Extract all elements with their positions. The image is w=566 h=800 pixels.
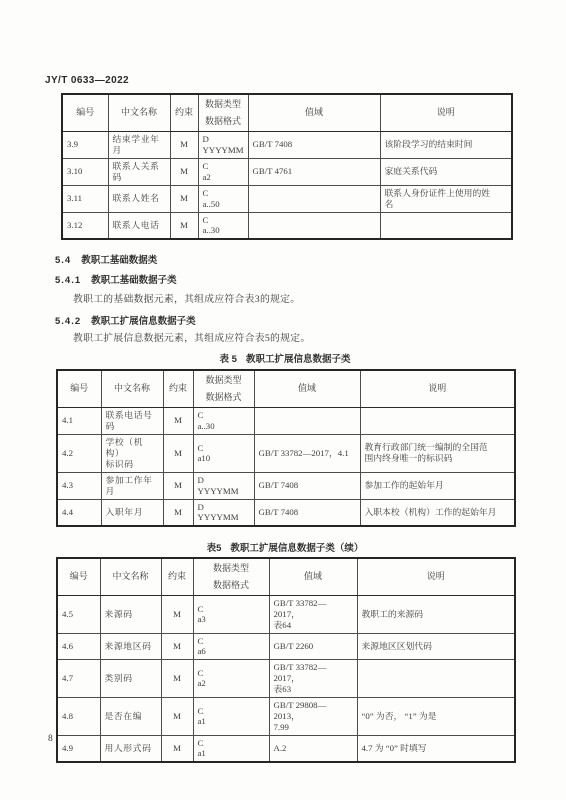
field-name: 入职年月 <box>101 499 163 526</box>
field-name: 是否在编 <box>100 697 161 735</box>
data-type-format: DYYYYMM <box>193 499 254 526</box>
description <box>380 212 512 239</box>
type-code: C <box>198 706 265 717</box>
constraint-value: M <box>161 595 193 633</box>
description <box>357 659 515 697</box>
col-header-constraint: 约束 <box>163 370 193 407</box>
col-header-domain: 值域 <box>248 94 380 131</box>
table-row: 4.8是否在编MCa1GB/T 29808—2013， 7.99“0” 为否， … <box>57 697 515 735</box>
type-code: C <box>198 443 250 454</box>
format-code: YYYYMM <box>203 145 244 156</box>
col-header-type-line2: 数据格式 <box>198 580 265 590</box>
value-domain <box>248 185 380 212</box>
col-header-constraint: 约束 <box>170 94 198 131</box>
value-domain: GB/T 33782—2017， 表63 <box>269 659 357 697</box>
data-type-format: Ca3 <box>193 595 269 633</box>
col-header-type-line1: 数据类型 <box>203 99 244 109</box>
table-row: 4.5来源码MCa3GB/T 33782—2017， 表64教职工的来源码 <box>57 595 515 633</box>
table-row: 3.11联系人姓名MCa..50联系人身份证件上使用的姓 名 <box>62 185 512 212</box>
table5-cont-caption-title: 教职工扩展信息数据子类（续） <box>230 543 363 554</box>
col-header-constraint: 约束 <box>161 558 193 595</box>
constraint-value: M <box>170 131 198 158</box>
table5-cont-caption-number: 表5 <box>207 543 222 554</box>
row-number: 4.7 <box>57 659 100 697</box>
type-code: C <box>198 738 265 749</box>
col-header-name: 中文名称 <box>100 558 161 595</box>
section-title: 教职工扩展信息数据子类 <box>91 316 196 327</box>
table-row: 4.6来源地区码MCa6GB/T 2260来源地区区划代码 <box>57 633 515 659</box>
constraint-value: M <box>163 407 193 434</box>
constraint-value: M <box>170 185 198 212</box>
field-name: 用人形式码 <box>100 735 161 762</box>
field-name: 类别码 <box>100 659 161 697</box>
data-type-format: DYYYYMM <box>198 131 248 158</box>
data-type-format: Ca10 <box>193 434 254 472</box>
row-number: 4.4 <box>57 499 101 526</box>
value-domain: GB/T 29808—2013， 7.99 <box>269 697 357 735</box>
table5-caption-number: 表 5 <box>220 354 237 365</box>
table-row: 4.3参加工作年 月MDYYYYMMGB/T 7408参加工作的起始年月 <box>57 472 515 499</box>
description: 联系人身份证件上使用的姓 名 <box>380 185 512 212</box>
row-number: 4.6 <box>57 633 100 659</box>
description: 教育行政部门统一编制的全国范 围内终身唯一的标识码 <box>360 434 515 472</box>
description: 来源地区区划代码 <box>357 633 515 659</box>
table5: 编号 中文名称 约束 数据类型 数据格式 值域 说明 4.1联系电话号 码MCa… <box>56 369 516 527</box>
type-code: C <box>203 188 244 199</box>
table-row: 3.12联系人电话MCa..30 <box>62 212 512 239</box>
description: 教职工的来源码 <box>357 595 515 633</box>
constraint-value: M <box>163 434 193 472</box>
table-row: 4.9用人形式码MCa1A.24.7 为 “0” 时填写 <box>57 735 515 762</box>
type-code: D <box>198 502 250 513</box>
field-name: 学校（机构） 标识码 <box>101 434 163 472</box>
col-header-type: 数据类型 数据格式 <box>193 558 269 595</box>
format-code: a..50 <box>203 199 244 210</box>
col-header-domain: 值域 <box>254 370 360 407</box>
constraint-value: M <box>161 659 193 697</box>
table-row: 3.10联系人关系 码MCa2GB/T 4761家庭关系代码 <box>62 158 512 185</box>
document-page: JY/T 0633—2022 编号 中文名称 约束 数据类型 数据格式 值域 说… <box>0 0 566 800</box>
col-header-type-line1: 数据类型 <box>198 563 265 573</box>
field-name: 来源码 <box>100 595 161 633</box>
row-number: 3.10 <box>62 158 108 185</box>
format-code: a..30 <box>203 225 244 236</box>
format-code: a6 <box>198 646 265 657</box>
type-code: D <box>203 134 244 145</box>
header-row: 编号 中文名称 约束 数据类型 数据格式 值域 说明 <box>57 558 515 595</box>
format-code: a1 <box>198 748 265 759</box>
constraint-value: M <box>163 472 193 499</box>
col-header-desc: 说明 <box>357 558 515 595</box>
type-code: C <box>198 636 265 647</box>
row-number: 4.5 <box>57 595 100 633</box>
type-code: C <box>203 161 244 172</box>
data-type-format: Ca6 <box>193 633 269 659</box>
description: 4.7 为 “0” 时填写 <box>357 735 515 762</box>
col-header-type-line1: 数据类型 <box>198 375 250 385</box>
description: 家庭关系代码 <box>380 158 512 185</box>
format-code: a10 <box>198 453 250 464</box>
value-domain: GB/T 7408 <box>254 499 360 526</box>
format-code: a3 <box>198 614 265 625</box>
col-header-no: 编号 <box>57 370 101 407</box>
description: “0” 为否， “1” 为是 <box>357 697 515 735</box>
section-heading-5-4-2: 5.4.2教职工扩展信息数据子类 <box>55 313 196 327</box>
row-number: 3.9 <box>62 131 108 158</box>
row-number: 3.12 <box>62 212 108 239</box>
field-name: 参加工作年 月 <box>101 472 163 499</box>
field-name: 联系人关系 码 <box>108 158 170 185</box>
format-code: a1 <box>198 716 265 727</box>
col-header-type: 数据类型 数据格式 <box>198 94 248 131</box>
section-title: 教职工基础数据类 <box>81 255 157 266</box>
format-code: a2 <box>203 172 244 183</box>
section-heading-5-4: 5.4教职工基础数据类 <box>55 252 157 266</box>
data-type-format: Ca1 <box>193 697 269 735</box>
type-code: C <box>198 604 265 615</box>
field-name: 来源地区码 <box>100 633 161 659</box>
col-header-no: 编号 <box>62 94 108 131</box>
standard-number-header: JY/T 0633—2022 <box>45 75 129 86</box>
data-type-format: DYYYYMM <box>193 472 254 499</box>
data-type-format: Ca1 <box>193 735 269 762</box>
description: 参加工作的起始年月 <box>360 472 515 499</box>
value-domain: A.2 <box>269 735 357 762</box>
table-row: 4.1联系电话号 码MCa..30 <box>57 407 515 434</box>
table3-continuation: 编号 中文名称 约束 数据类型 数据格式 值域 说明 3.9结束学业年 月MDY… <box>61 93 513 240</box>
constraint-value: M <box>170 158 198 185</box>
col-header-type-line2: 数据格式 <box>198 392 250 402</box>
format-code: a..30 <box>198 421 250 432</box>
value-domain <box>254 407 360 434</box>
col-header-desc: 说明 <box>360 370 515 407</box>
format-code: YYYYMM <box>198 512 250 523</box>
col-header-no: 编号 <box>57 558 100 595</box>
table5-cont-caption: 表5教职工扩展信息数据子类（续） <box>56 540 514 554</box>
constraint-value: M <box>170 212 198 239</box>
value-domain: GB/T 2260 <box>269 633 357 659</box>
row-number: 4.3 <box>57 472 101 499</box>
data-type-format: Ca2 <box>193 659 269 697</box>
col-header-name: 中文名称 <box>101 370 163 407</box>
row-number: 4.2 <box>57 434 101 472</box>
field-name: 联系人姓名 <box>108 185 170 212</box>
row-number: 4.1 <box>57 407 101 434</box>
field-name: 结束学业年 月 <box>108 131 170 158</box>
paragraph-5-4-1: 教职工的基础数据元素，其组成应符合表3的规定。 <box>73 291 300 305</box>
data-type-format: Ca..30 <box>193 407 254 434</box>
table-row: 4.2学校（机构） 标识码MCa10GB/T 33782—2017，4.1教育行… <box>57 434 515 472</box>
constraint-value: M <box>163 499 193 526</box>
table5-continued: 编号 中文名称 约束 数据类型 数据格式 值域 说明 4.5来源码MCa3GB/… <box>56 557 516 763</box>
col-header-desc: 说明 <box>380 94 512 131</box>
description <box>360 407 515 434</box>
row-number: 4.8 <box>57 697 100 735</box>
value-domain: GB/T 7408 <box>254 472 360 499</box>
row-number: 3.11 <box>62 185 108 212</box>
row-number: 4.9 <box>57 735 100 762</box>
data-type-format: Ca..50 <box>198 185 248 212</box>
col-header-domain: 值域 <box>269 558 357 595</box>
constraint-value: M <box>161 697 193 735</box>
table-row: 4.7类别码MCa2GB/T 33782—2017， 表63 <box>57 659 515 697</box>
type-code: D <box>198 475 250 486</box>
type-code: C <box>198 668 265 679</box>
table5-caption-title: 教职工扩展信息数据子类 <box>246 354 351 365</box>
table-row: 3.9结束学业年 月MDYYYYMMGB/T 7408该阶段学习的结束时间 <box>62 131 512 158</box>
section-title: 教职工基础数据子类 <box>91 275 177 286</box>
col-header-type-line2: 数据格式 <box>203 116 244 126</box>
page-number: 8 <box>48 734 53 744</box>
value-domain: GB/T 7408 <box>248 131 380 158</box>
constraint-value: M <box>161 735 193 762</box>
format-code: a2 <box>198 678 265 689</box>
col-header-type: 数据类型 数据格式 <box>193 370 254 407</box>
description: 该阶段学习的结束时间 <box>380 131 512 158</box>
type-code: C <box>203 215 244 226</box>
table5-caption: 表 5教职工扩展信息数据子类 <box>56 351 514 365</box>
section-number: 5.4.2 <box>55 316 81 327</box>
table-row: 4.4入职年月MDYYYYMMGB/T 7408入职本校（机构）工作的起始年月 <box>57 499 515 526</box>
description: 入职本校（机构）工作的起始年月 <box>360 499 515 526</box>
value-domain: GB/T 33782—2017，4.1 <box>254 434 360 472</box>
data-type-format: Ca2 <box>198 158 248 185</box>
section-number: 5.4.1 <box>55 275 81 286</box>
value-domain: GB/T 33782—2017， 表64 <box>269 595 357 633</box>
col-header-name: 中文名称 <box>108 94 170 131</box>
value-domain <box>248 212 380 239</box>
data-type-format: Ca..30 <box>198 212 248 239</box>
format-code: YYYYMM <box>198 486 250 497</box>
section-number: 5.4 <box>55 255 71 266</box>
paragraph-5-4-2: 教职工扩展信息数据元素，其组成应符合表5的规定。 <box>73 330 310 344</box>
field-name: 联系人电话 <box>108 212 170 239</box>
header-row: 编号 中文名称 约束 数据类型 数据格式 值域 说明 <box>62 94 512 131</box>
type-code: C <box>198 410 250 421</box>
section-heading-5-4-1: 5.4.1教职工基础数据子类 <box>55 272 177 286</box>
header-row: 编号 中文名称 约束 数据类型 数据格式 值域 说明 <box>57 370 515 407</box>
field-name: 联系电话号 码 <box>101 407 163 434</box>
value-domain: GB/T 4761 <box>248 158 380 185</box>
constraint-value: M <box>161 633 193 659</box>
